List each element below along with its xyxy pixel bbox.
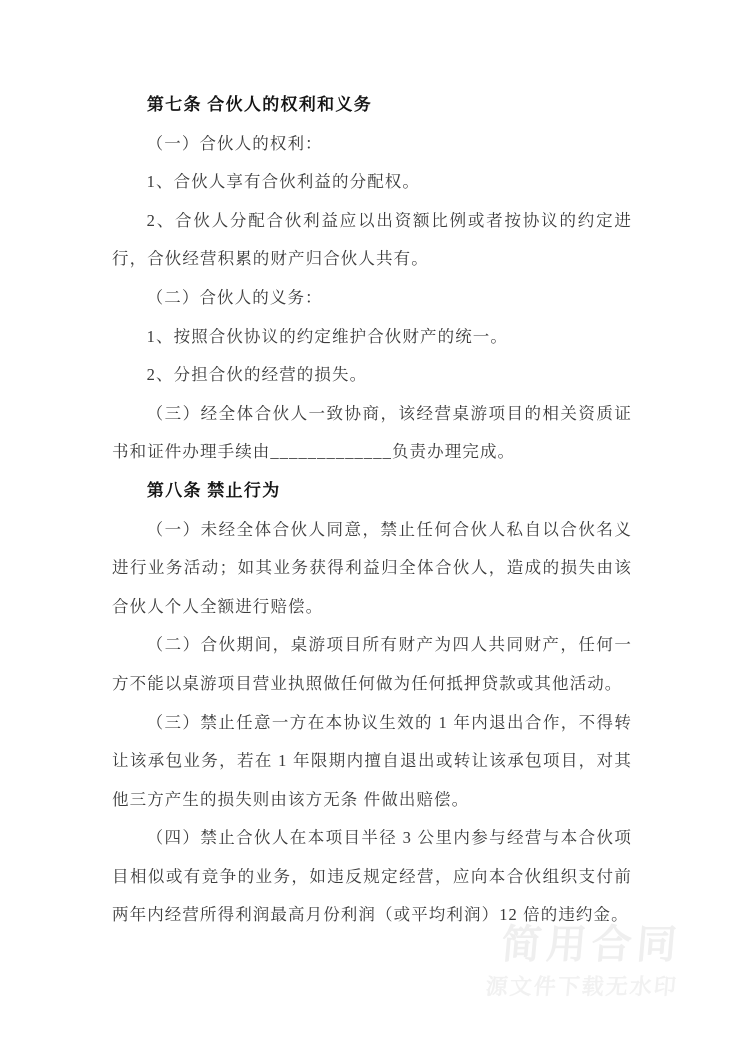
article-7-paragraph-6: 2、分担合伙的经营的损失。: [112, 356, 632, 395]
article-7-paragraph-7-with-blank: （三）经全体合伙人一致协商，该经营桌游项目的相关资质证书和证件办理手续由____…: [112, 395, 632, 472]
article-8-heading: 第八条 禁止行为: [112, 472, 632, 511]
article-8-paragraph-3: （三）禁止任意一方在本协议生效的 1 年内退出合作，不得转让该承包业务，若在 1…: [112, 704, 632, 820]
contract-page: 第七条 合伙人的权利和义务 （一）合伙人的权利： 1、合伙人享有合伙利益的分配权…: [0, 0, 742, 1049]
article-7-paragraph-2: 1、合伙人享有合伙利益的分配权。: [112, 163, 632, 202]
article-7-paragraph-5: 1、按照合伙协议的约定维护合伙财产的统一。: [112, 318, 632, 357]
watermark: 简用合同 源文件下载无水印: [485, 924, 684, 999]
watermark-tagline: 源文件下载无水印: [485, 975, 679, 999]
article-8-paragraph-1: （一）未经全体合伙人同意，禁止任何合伙人私自以合伙名义进行业务活动；如其业务获得…: [112, 511, 632, 627]
article-8-paragraph-4: （四）禁止合伙人在本项目半径 3 公里内参与经营与本合伙项目相似或有竞争的业务，…: [112, 819, 632, 935]
contract-body: 第七条 合伙人的权利和义务 （一）合伙人的权利： 1、合伙人享有合伙利益的分配权…: [112, 86, 632, 935]
article-7-paragraph-3: 2、合伙人分配合伙利益应以出资额比例或者按协议的约定进行，合伙经营积累的财产归合…: [112, 202, 632, 279]
article-8-paragraph-2: （二）合伙期间，桌游项目所有财产为四人共同财产，任何一方不能以桌游项目营业执照做…: [112, 626, 632, 703]
article-7-paragraph-1: （一）合伙人的权利：: [112, 125, 632, 164]
article-7-heading: 第七条 合伙人的权利和义务: [112, 86, 632, 125]
article-7-paragraph-4: （二）合伙人的义务：: [112, 279, 632, 318]
